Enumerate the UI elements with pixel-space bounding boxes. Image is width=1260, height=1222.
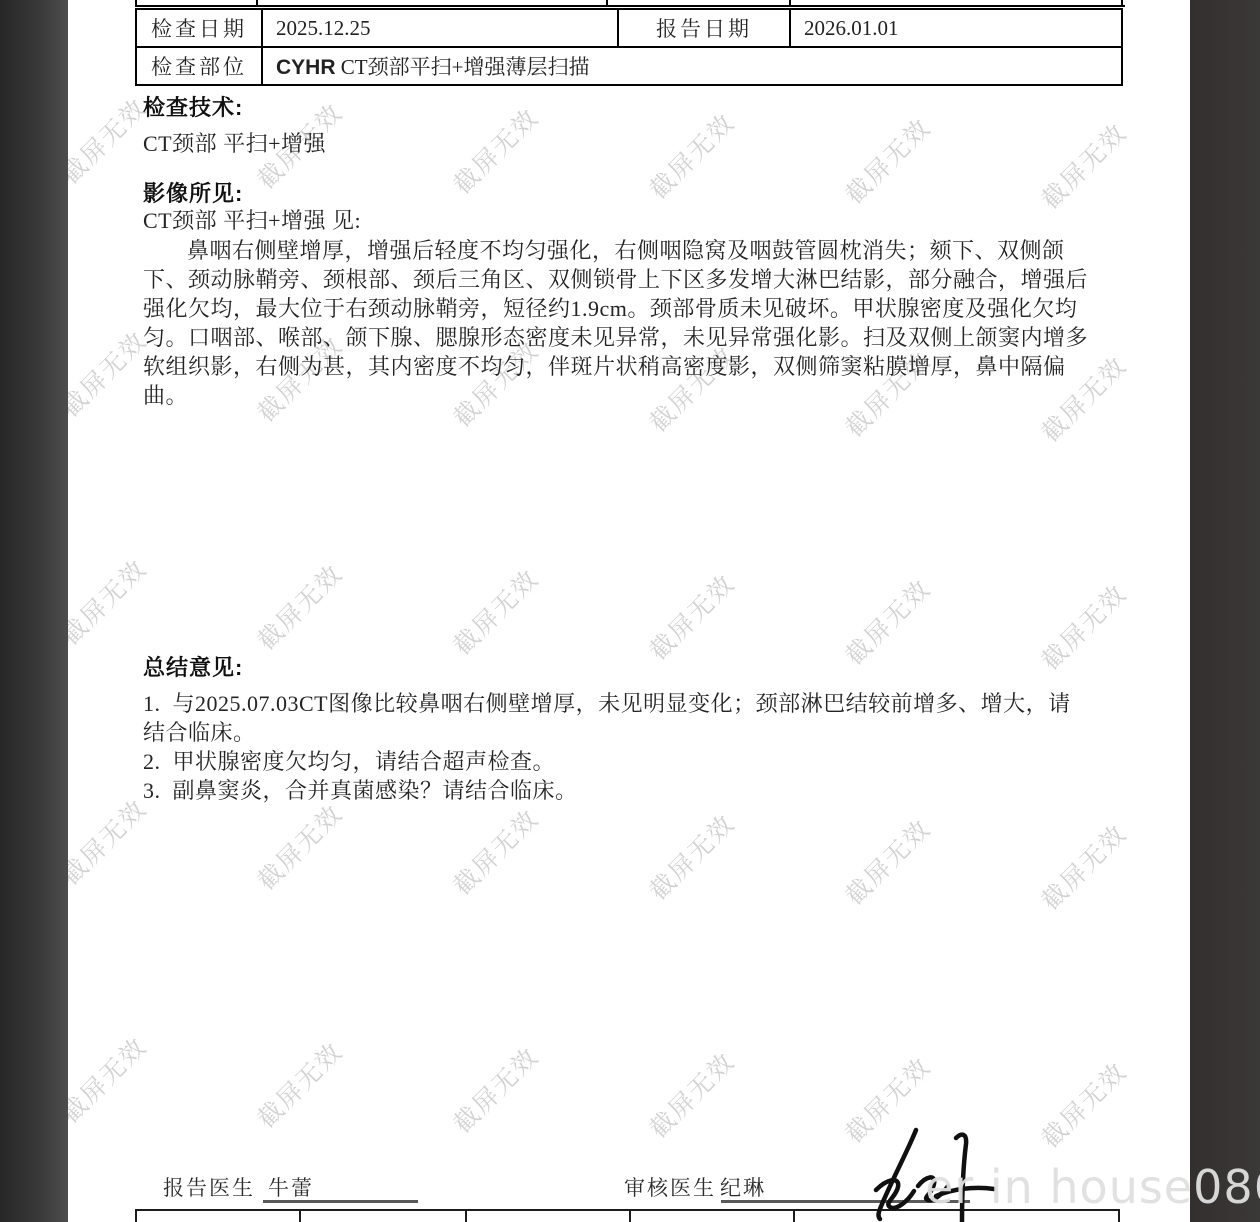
watermark-tile: 截屏无效 — [1028, 571, 1138, 681]
watermark-tile: 截屏无效 — [636, 801, 746, 911]
watermark-tile: 截屏无效 — [1028, 811, 1138, 921]
watermark-tile: 截屏无效 — [440, 95, 550, 205]
findings-line: 下、颈动脉鞘旁、颈根部、颈后三角区、双侧锁骨上下区多发增大淋巴结影，部分融合，增… — [143, 263, 1088, 294]
signature-handwriting — [872, 1126, 1012, 1222]
watermark-tile: 截屏无效 — [636, 1039, 746, 1149]
report-date-label: 报告日期 — [618, 9, 790, 47]
watermark-tile: 截屏无效 — [832, 105, 942, 215]
exam-info-table: 检查日期 2025.12.25 报告日期 2026.01.01 检查部位 CYH… — [135, 8, 1123, 86]
watermark-tile: 截屏无效 — [832, 806, 942, 916]
summary-line: 1. 与2025.07.03CT图像比较鼻咽右侧壁增厚，未见明显变化；颈部淋巴结… — [143, 687, 1071, 718]
watermark-tile: 截屏无效 — [1028, 1049, 1138, 1159]
watermark-tile: 截屏无效 — [440, 556, 550, 666]
watermark-tile: 截屏无效 — [440, 1034, 550, 1144]
findings-line: 曲。 — [143, 379, 188, 410]
report-doctor-name: 牛蕾 — [268, 1172, 314, 1202]
technique-heading: 检查技术: — [143, 91, 243, 122]
watermark-tile: 截屏无效 — [636, 561, 746, 671]
viewer-right-bar — [1190, 0, 1260, 1222]
exam-part-label: 检查部位 — [136, 47, 262, 85]
technique-body: CT颈部 平扫+增强 — [143, 127, 326, 158]
watermark-tile: 截屏无效 — [636, 100, 746, 210]
table-row: 检查日期 2025.12.25 报告日期 2026.01.01 — [136, 9, 1122, 47]
summary-line: 结合临床。 — [143, 716, 256, 747]
watermark-tile: 截屏无效 — [832, 566, 942, 676]
summary-heading: 总结意见: — [143, 651, 243, 682]
findings-line: 匀。口咽部、喉部、颌下腺、腮腺形态密度未见异常，未见异常强化影。扫及双侧上颌窦内… — [143, 321, 1088, 352]
exam-part-text: CT颈部平扫+增强薄层扫描 — [336, 55, 590, 79]
review-doctor-name: 纪琳 — [720, 1172, 766, 1202]
watermark-tile: 截屏无效 — [244, 1029, 354, 1139]
review-doctor-label: 审核医生 — [624, 1172, 716, 1202]
report-doctor-label: 报告医生 — [163, 1172, 255, 1202]
report-date-value: 2026.01.01 — [790, 9, 1122, 47]
watermark-tile: 截屏无效 — [244, 791, 354, 901]
exam-date-value: 2025.12.25 — [262, 9, 618, 47]
viewer-left-bar — [0, 0, 68, 1222]
findings-line: 鼻咽右侧壁增厚，增强后轻度不均匀强化，右侧咽隐窝及咽鼓管圆枕消失；颏下、双侧颌 — [187, 234, 1065, 265]
table-row: 检查部位 CYHR CT颈部平扫+增强薄层扫描 — [136, 47, 1122, 85]
summary-line: 3. 副鼻窦炎，合并真菌感染？请结合临床。 — [143, 774, 578, 805]
exam-part-value: CYHR CT颈部平扫+增强薄层扫描 — [262, 47, 1122, 85]
watermark-tile: 截屏无效 — [244, 551, 354, 661]
exam-part-code: CYHR — [276, 56, 336, 79]
findings-line: 软组织影，右侧为甚，其内密度不均匀，伴斑片状稍高密度影，双侧筛窦粘膜增厚，鼻中隔… — [143, 350, 1066, 381]
exam-date-label: 检查日期 — [136, 9, 262, 47]
watermark-tile: 截屏无效 — [440, 796, 550, 906]
findings-line: 强化欠均，最大位于右颈动脉鞘旁，短径约1.9cm。颈部骨质未见破坏。甲状腺密度及… — [143, 292, 1077, 323]
table-cutoff-row-top — [135, 0, 1125, 7]
summary-line: 2. 甲状腺密度欠均匀，请结合超声检查。 — [143, 745, 555, 776]
report-viewer: { "watermark": { "text": "截屏无效" }, "over… — [0, 0, 1260, 1222]
watermark-tile: 截屏无效 — [1028, 110, 1138, 220]
findings-intro: CT颈部 平扫+增强 见: — [143, 204, 361, 235]
